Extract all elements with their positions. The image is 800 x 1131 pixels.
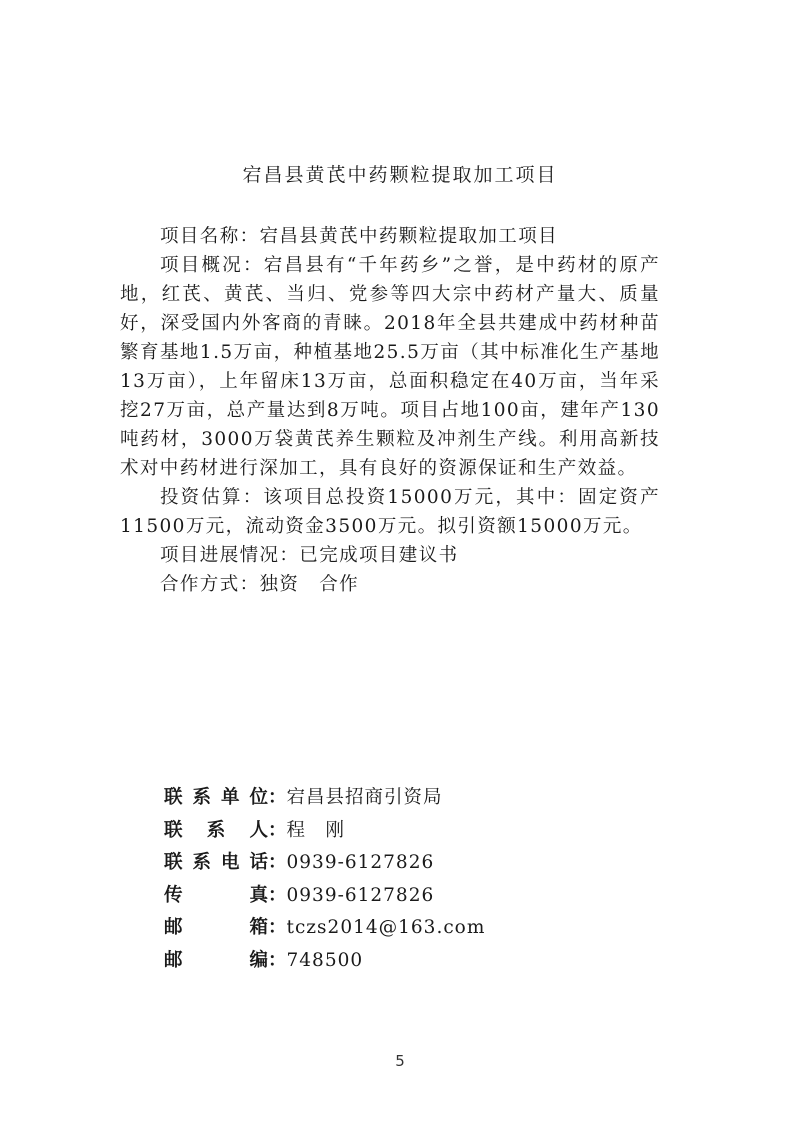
contact-unit-row: 联系单位 ：宕昌县招商引资局: [164, 782, 485, 815]
investment-estimate-paragraph: 投资估算：该项目总投资15000万元，其中：固定资产11500万元，流动资金35…: [120, 483, 660, 541]
page-number: 5: [0, 1052, 800, 1070]
contact-label: 邮编: [164, 945, 268, 978]
cooperation-mode-paragraph: 合作方式：独资 合作: [120, 570, 660, 599]
contact-fax-value: 0939-6127826: [287, 880, 435, 913]
page-title: 宕昌县黄芪中药颗粒提取加工项目: [0, 160, 800, 187]
contact-label: 联系电话: [164, 847, 268, 880]
contact-label: 联系单位: [164, 782, 268, 815]
contact-phone-row: 联系电话 ：0939-6127826: [164, 847, 485, 880]
contact-person-value: 程 刚: [287, 815, 346, 848]
contact-label: 传真: [164, 880, 268, 913]
contact-person-row: 联系人 ：程 刚: [164, 815, 485, 848]
contact-phone-value: 0939-6127826: [287, 847, 435, 880]
contact-label: 邮箱: [164, 912, 268, 945]
contact-unit-value: 宕昌县招商引资局: [287, 782, 443, 815]
project-name-paragraph: 项目名称：宕昌县黄芪中药颗粒提取加工项目: [120, 222, 660, 251]
contact-fax-row: 传真 ：0939-6127826: [164, 880, 485, 913]
contact-email-value: tczs2014@163.com: [287, 912, 486, 945]
document-body: 项目名称：宕昌县黄芪中药颗粒提取加工项目 项目概况：宕昌县有“千年药乡”之誉，是…: [120, 222, 660, 599]
contact-label: 联系人: [164, 815, 268, 848]
contact-info: 联系单位 ：宕昌县招商引资局 联系人 ：程 刚 联系电话 ：0939-61278…: [164, 782, 485, 977]
contact-postcode-row: 邮编 ：748500: [164, 945, 485, 978]
contact-postcode-value: 748500: [287, 945, 364, 978]
project-progress-paragraph: 项目进展情况：已完成项目建议书: [120, 541, 660, 570]
contact-email-row: 邮箱 ：tczs2014@163.com: [164, 912, 485, 945]
project-overview-paragraph: 项目概况：宕昌县有“千年药乡”之誉，是中药材的原产地，红芪、黄芪、当归、党参等四…: [120, 251, 660, 483]
